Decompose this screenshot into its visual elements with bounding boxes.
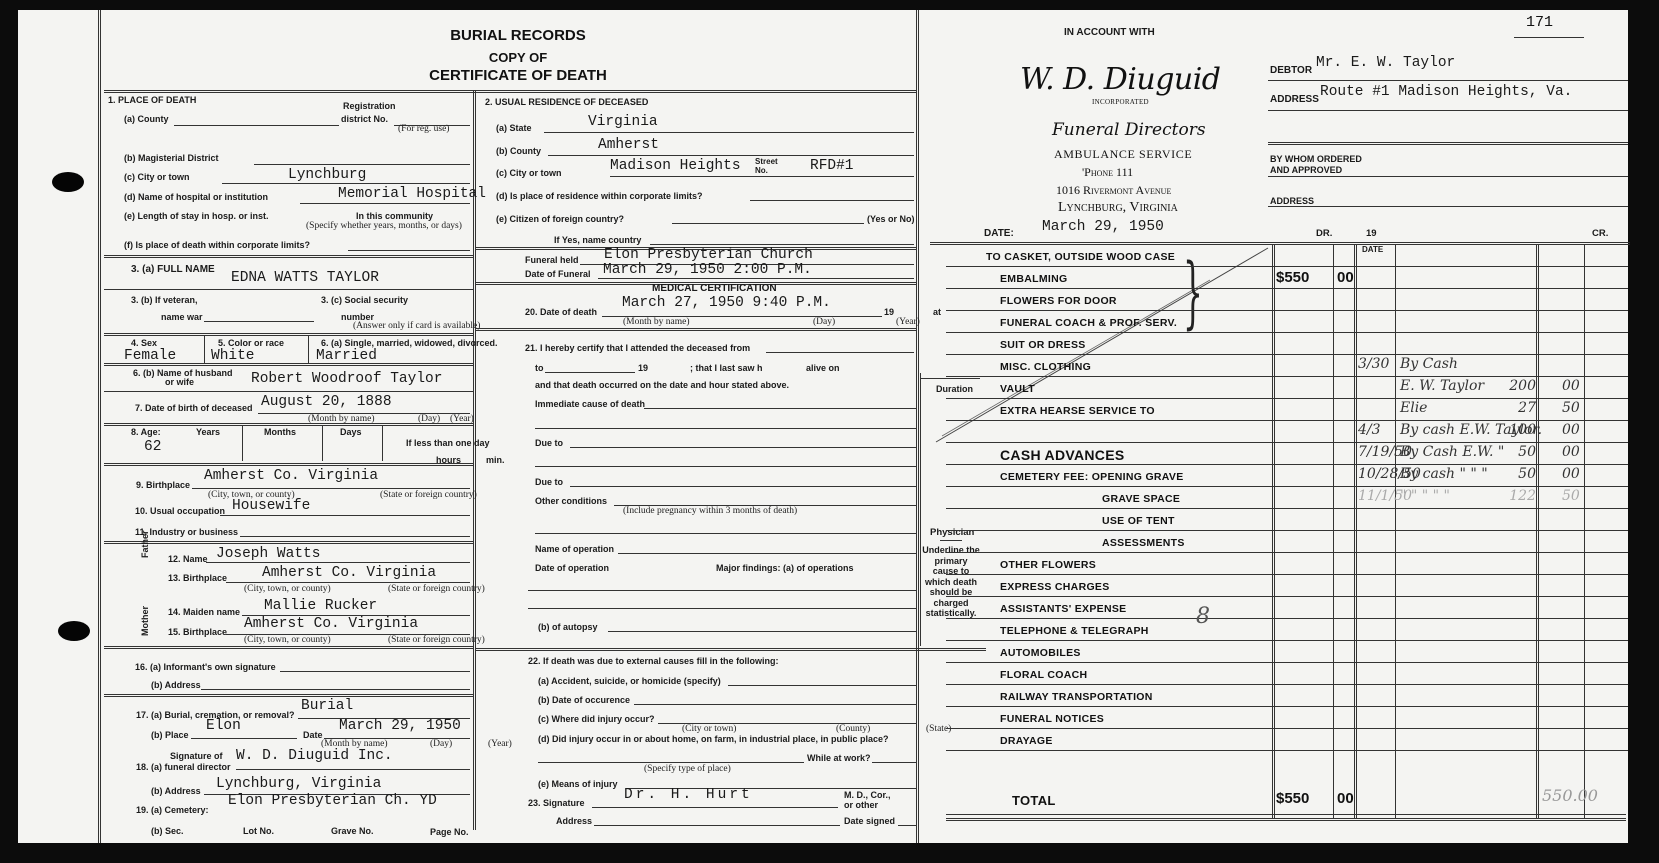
- burial-date-field[interactable]: March 29, 1950: [339, 718, 461, 734]
- payment-description: E. W. Taylor: [1400, 378, 1484, 394]
- ledger-item-label: DRAYAGE: [1000, 735, 1053, 747]
- marital-status-field[interactable]: Married: [316, 348, 377, 364]
- ledger-item-label: FUNERAL COACH & PROF. SERV.: [1000, 317, 1177, 329]
- hospital-field[interactable]: Memorial Hospital: [338, 186, 486, 202]
- ledger-item-label: TELEPHONE & TELEGRAPH: [1000, 625, 1149, 637]
- mother-birthplace-field[interactable]: Amherst Co. Virginia: [244, 616, 418, 632]
- ledger-item-label: RAILWAY TRANSPORTATION: [1000, 691, 1153, 703]
- city-of-death-field[interactable]: Lynchburg: [288, 167, 366, 183]
- payment-description: " " " " ": [1400, 488, 1450, 504]
- punch-hole-icon: [58, 621, 90, 641]
- payment-description: Elie: [1400, 400, 1427, 416]
- total-debit-amount: $550: [1276, 790, 1309, 807]
- ledger-item-label: ASSISTANTS' EXPENSE: [1000, 603, 1126, 615]
- cemetery-field[interactable]: Elon Presbyterian Ch. YD: [228, 793, 437, 809]
- funeral-director-field[interactable]: W. D. Diuguid Inc.: [236, 748, 393, 764]
- date-of-birth-field[interactable]: August 20, 1888: [261, 394, 392, 410]
- margin-note: 8: [1196, 604, 1210, 629]
- total-label: TOTAL: [1012, 793, 1056, 808]
- debit-amount: $550: [1276, 269, 1309, 286]
- mother-maiden-name-field[interactable]: Mallie Rucker: [264, 598, 377, 614]
- ledger-item-label: FLOWERS FOR DOOR: [1000, 295, 1117, 307]
- ledger-item-label: SUIT OR DRESS: [1000, 339, 1086, 351]
- ledger-item-label: FUNERAL NOTICES: [1000, 713, 1104, 725]
- payment-amount: 50: [1488, 466, 1536, 482]
- director-address-field[interactable]: Lynchburg, Virginia: [216, 776, 381, 792]
- page-number: 171: [1526, 14, 1553, 31]
- ledger-item-label: FLORAL COACH: [1000, 669, 1087, 681]
- payment-cents: 00: [1562, 466, 1580, 482]
- residence-street-field[interactable]: RFD#1: [810, 158, 854, 174]
- company-logo: W. D. Diuguid: [1020, 62, 1221, 97]
- occupation-field[interactable]: Housewife: [232, 498, 310, 514]
- race-field[interactable]: White: [211, 348, 255, 364]
- payment-cents: 00: [1562, 444, 1580, 460]
- father-birthplace-field[interactable]: Amherst Co. Virginia: [262, 565, 436, 581]
- payment-date: 4/3: [1358, 422, 1381, 438]
- father-name-field[interactable]: Joseph Watts: [216, 546, 320, 562]
- residence-county-field[interactable]: Amherst: [598, 137, 659, 153]
- ledger-item-label: ASSESSMENTS: [1102, 537, 1185, 549]
- account-date-field[interactable]: March 29, 1950: [1042, 219, 1164, 235]
- document-title: BURIAL RECORDS: [418, 27, 618, 44]
- total-debit-cents: 00: [1337, 790, 1354, 807]
- punch-hole-icon: [52, 172, 84, 192]
- ledger-item-label: VAULT: [1000, 383, 1035, 395]
- ledger-item-label: USE OF TENT: [1102, 515, 1175, 527]
- ledger-item-label: TO CASKET, OUTSIDE WOOD CASE: [986, 251, 1175, 263]
- debtor-address-field[interactable]: Route #1 Madison Heights, Va.: [1320, 84, 1572, 100]
- ledger-item-label: GRAVE SPACE: [1102, 493, 1180, 505]
- ledger-item-label: EMBALMING: [1000, 273, 1067, 285]
- ledger-item-label: CASH ADVANCES: [1000, 447, 1124, 463]
- ledger-item-label: OTHER FLOWERS: [1000, 559, 1096, 571]
- payment-amount: 200: [1488, 378, 1536, 394]
- total-credit-amount: 550.00: [1542, 786, 1598, 805]
- payment-amount: 122: [1488, 488, 1536, 504]
- document-sheet: BURIAL RECORDS COPY OF CERTIFICATE OF DE…: [18, 10, 1628, 843]
- payment-cents: 00: [1562, 422, 1580, 438]
- ledger-item-label: AUTOMOBILES: [1000, 647, 1081, 659]
- payment-amount: 27: [1488, 400, 1536, 416]
- age-field[interactable]: 62: [144, 439, 161, 455]
- payment-date: 3/30: [1358, 356, 1389, 372]
- burial-place-field[interactable]: Elon: [206, 718, 241, 734]
- debtor-field[interactable]: Mr. E. W. Taylor: [1316, 55, 1455, 71]
- date-of-death-field[interactable]: March 27, 1950 9:40 P.M.: [622, 295, 831, 311]
- full-name-field[interactable]: EDNA WATTS TAYLOR: [231, 270, 379, 286]
- sex-field[interactable]: Female: [124, 348, 176, 364]
- document-subtitle: COPY OF: [418, 50, 618, 65]
- residence-state-field[interactable]: Virginia: [588, 114, 658, 130]
- residence-city-field[interactable]: Madison Heights: [610, 158, 741, 174]
- payment-description: By Cash: [1400, 356, 1458, 372]
- burial-method-field[interactable]: Burial: [301, 698, 353, 714]
- ledger-item-label: EXTRA HEARSE SERVICE TO: [1000, 405, 1155, 417]
- physician-signature-field[interactable]: Dr. H. Hurt: [624, 787, 753, 803]
- ledger-item-label: MISC. CLOTHING: [1000, 361, 1091, 373]
- payment-cents: 50: [1562, 488, 1580, 504]
- payment-amount: 50: [1488, 444, 1536, 460]
- spouse-name-field[interactable]: Robert Woodroof Taylor: [251, 371, 442, 387]
- payment-cents: 50: [1562, 400, 1580, 416]
- payment-description: By cash " " ": [1400, 466, 1488, 482]
- funeral-date-field[interactable]: March 29, 1950 2:00 P.M.: [603, 262, 812, 278]
- payment-cents: 00: [1562, 378, 1580, 394]
- ledger-item-label: CEMETERY FEE: OPENING GRAVE: [1000, 471, 1184, 483]
- debit-cents: 00: [1337, 269, 1354, 286]
- document-subtitle: CERTIFICATE OF DEATH: [398, 67, 638, 84]
- company-tagline: Funeral Directors: [1052, 120, 1206, 140]
- ledger-item-label: EXPRESS CHARGES: [1000, 581, 1110, 593]
- funeral-location-field[interactable]: Elon Presbyterian Church: [604, 247, 813, 263]
- payment-amount: 100: [1488, 422, 1536, 438]
- birthplace-field[interactable]: Amherst Co. Virginia: [204, 468, 378, 484]
